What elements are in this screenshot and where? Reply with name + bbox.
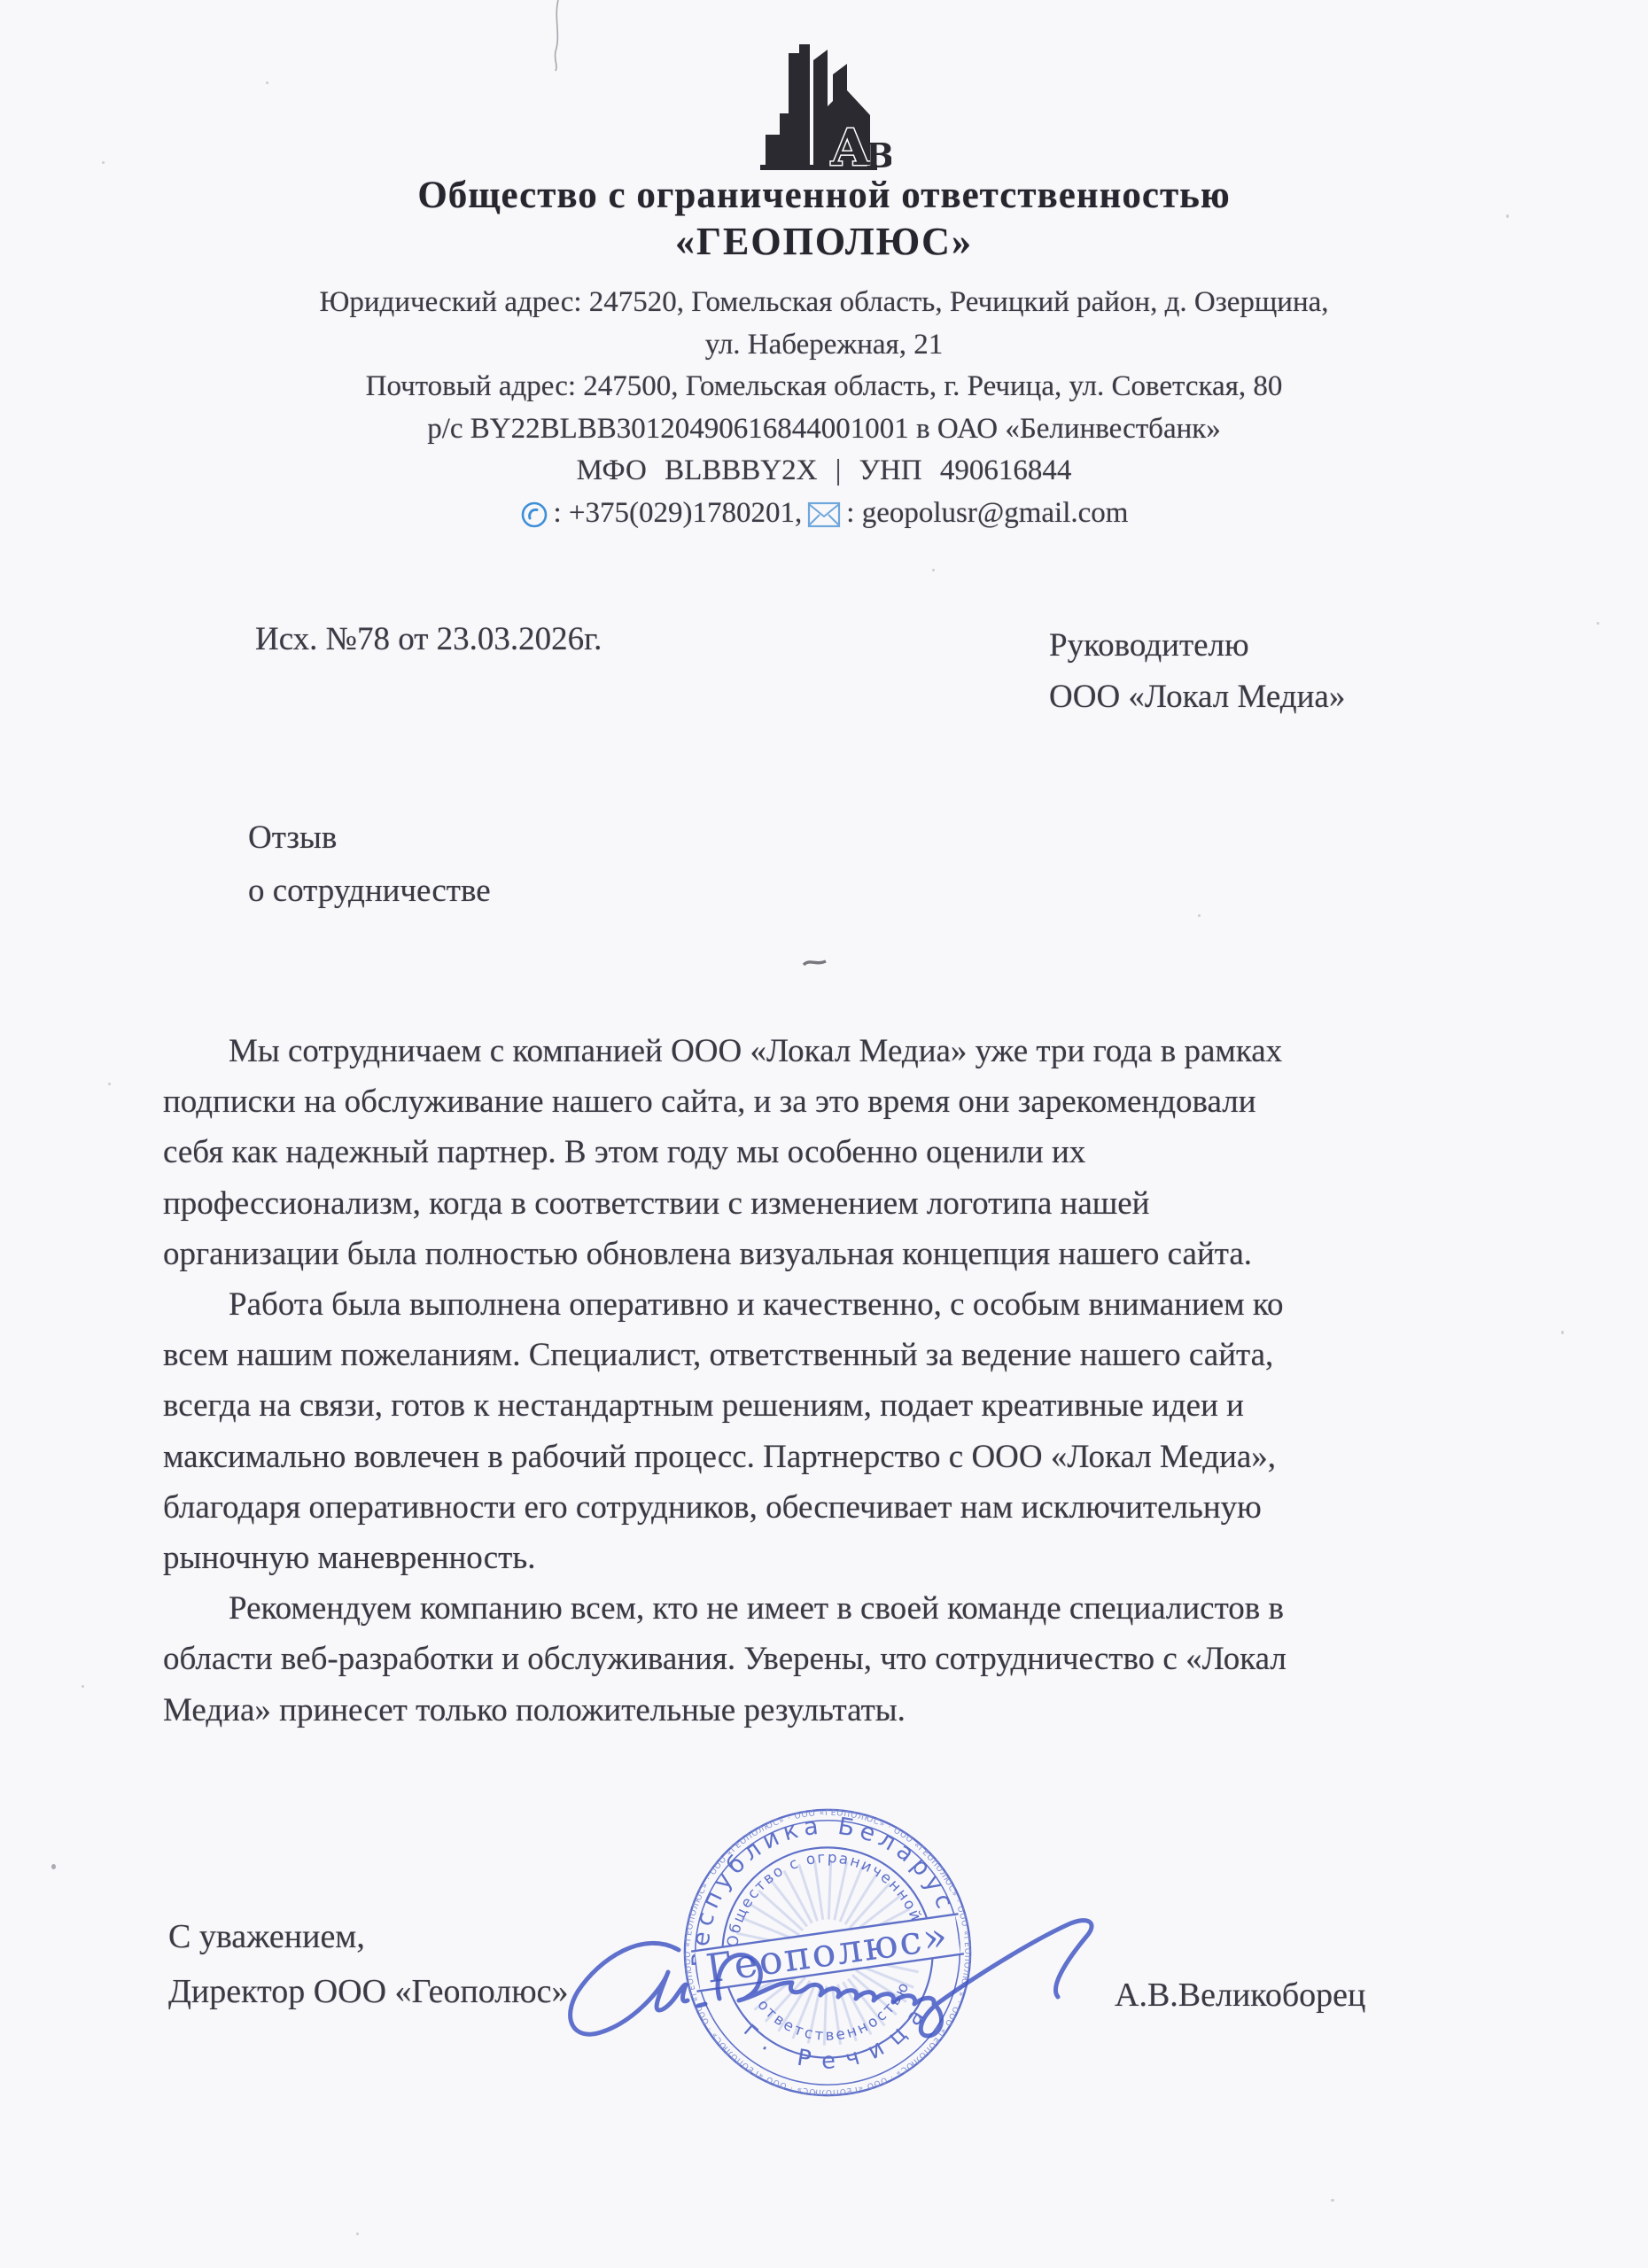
scan-speck bbox=[356, 2233, 359, 2235]
body-paragraph-2: Работа была выполнена оперативно и качес… bbox=[163, 1279, 1496, 1583]
director-signature bbox=[546, 1910, 1122, 2096]
phone-icon bbox=[520, 501, 548, 529]
company-building-logo-icon: А В bbox=[758, 39, 891, 172]
bank-codes: МФО BLBBBY2X | УНП 490616844 bbox=[0, 450, 1648, 493]
body-paragraph-1: Мы сотрудничаем с компанией ООО «Локал М… bbox=[163, 1026, 1496, 1279]
legal-address-line2: ул. Набережная, 21 bbox=[0, 324, 1648, 367]
subject-block: Отзыв о сотрудничестве bbox=[248, 812, 491, 918]
signatory-title: Директор ООО «Геополюс» bbox=[168, 1972, 569, 2011]
signatory-name: А.В.Великоборец bbox=[1115, 1976, 1365, 2015]
outgoing-reference: Исх. №78 от 23.03.2026г. bbox=[255, 620, 602, 658]
recipient-line1: Руководителю bbox=[1049, 620, 1345, 672]
scan-speck bbox=[1597, 622, 1599, 625]
body-paragraph-3: Рекомендуем компанию всем, кто не имеет … bbox=[163, 1583, 1496, 1736]
scan-speck bbox=[1561, 1331, 1564, 1334]
scan-speck bbox=[266, 82, 268, 84]
scan-speck bbox=[1506, 214, 1509, 218]
org-name-title: «ГЕОПОЛЮС» bbox=[0, 219, 1648, 264]
scan-speck bbox=[1331, 2199, 1334, 2202]
closing-regards: С уважением, bbox=[168, 1917, 365, 1956]
recipient-block: Руководителю ООО «Локал Медиа» bbox=[1049, 620, 1345, 723]
envelope-icon bbox=[807, 501, 841, 528]
contacts-line: : +375(029)1780201, : geopolusr@gmail.co… bbox=[0, 493, 1648, 535]
scan-line-artifact bbox=[551, 0, 564, 73]
letterhead-address-block: Юридический адрес: 247520, Гомельская об… bbox=[0, 282, 1648, 534]
letter-body: Мы сотрудничаем с компанией ООО «Локал М… bbox=[163, 1026, 1496, 1736]
legal-address-line1: Юридический адрес: 247520, Гомельская об… bbox=[0, 282, 1648, 324]
scanned-letter-page: А В Общество с ограниченной ответственно… bbox=[0, 0, 1648, 2268]
scan-speck bbox=[82, 1685, 84, 1688]
email-address: : geopolusr@gmail.com bbox=[846, 493, 1128, 535]
subject-line2: о сотрудничестве bbox=[248, 865, 491, 918]
org-type-title: Общество с ограниченной ответственностью bbox=[0, 174, 1648, 217]
subject-line1: Отзыв bbox=[248, 812, 491, 865]
phone-number: : +375(029)1780201, bbox=[554, 493, 803, 535]
scan-speck bbox=[932, 569, 935, 571]
scan-speck bbox=[1198, 914, 1201, 917]
bank-account: р/с BY22BLBB30120490616844001001 в ОАО «… bbox=[0, 408, 1648, 451]
scan-speck bbox=[108, 1083, 111, 1085]
postal-address: Почтовый адрес: 247500, Гомельская облас… bbox=[0, 366, 1648, 408]
logo-letter-b: В bbox=[866, 136, 891, 172]
scan-speck bbox=[102, 161, 105, 164]
ink-smudge-artifact bbox=[802, 957, 828, 969]
scan-speck bbox=[51, 1864, 56, 1869]
recipient-line2: ООО «Локал Медиа» bbox=[1049, 672, 1345, 723]
